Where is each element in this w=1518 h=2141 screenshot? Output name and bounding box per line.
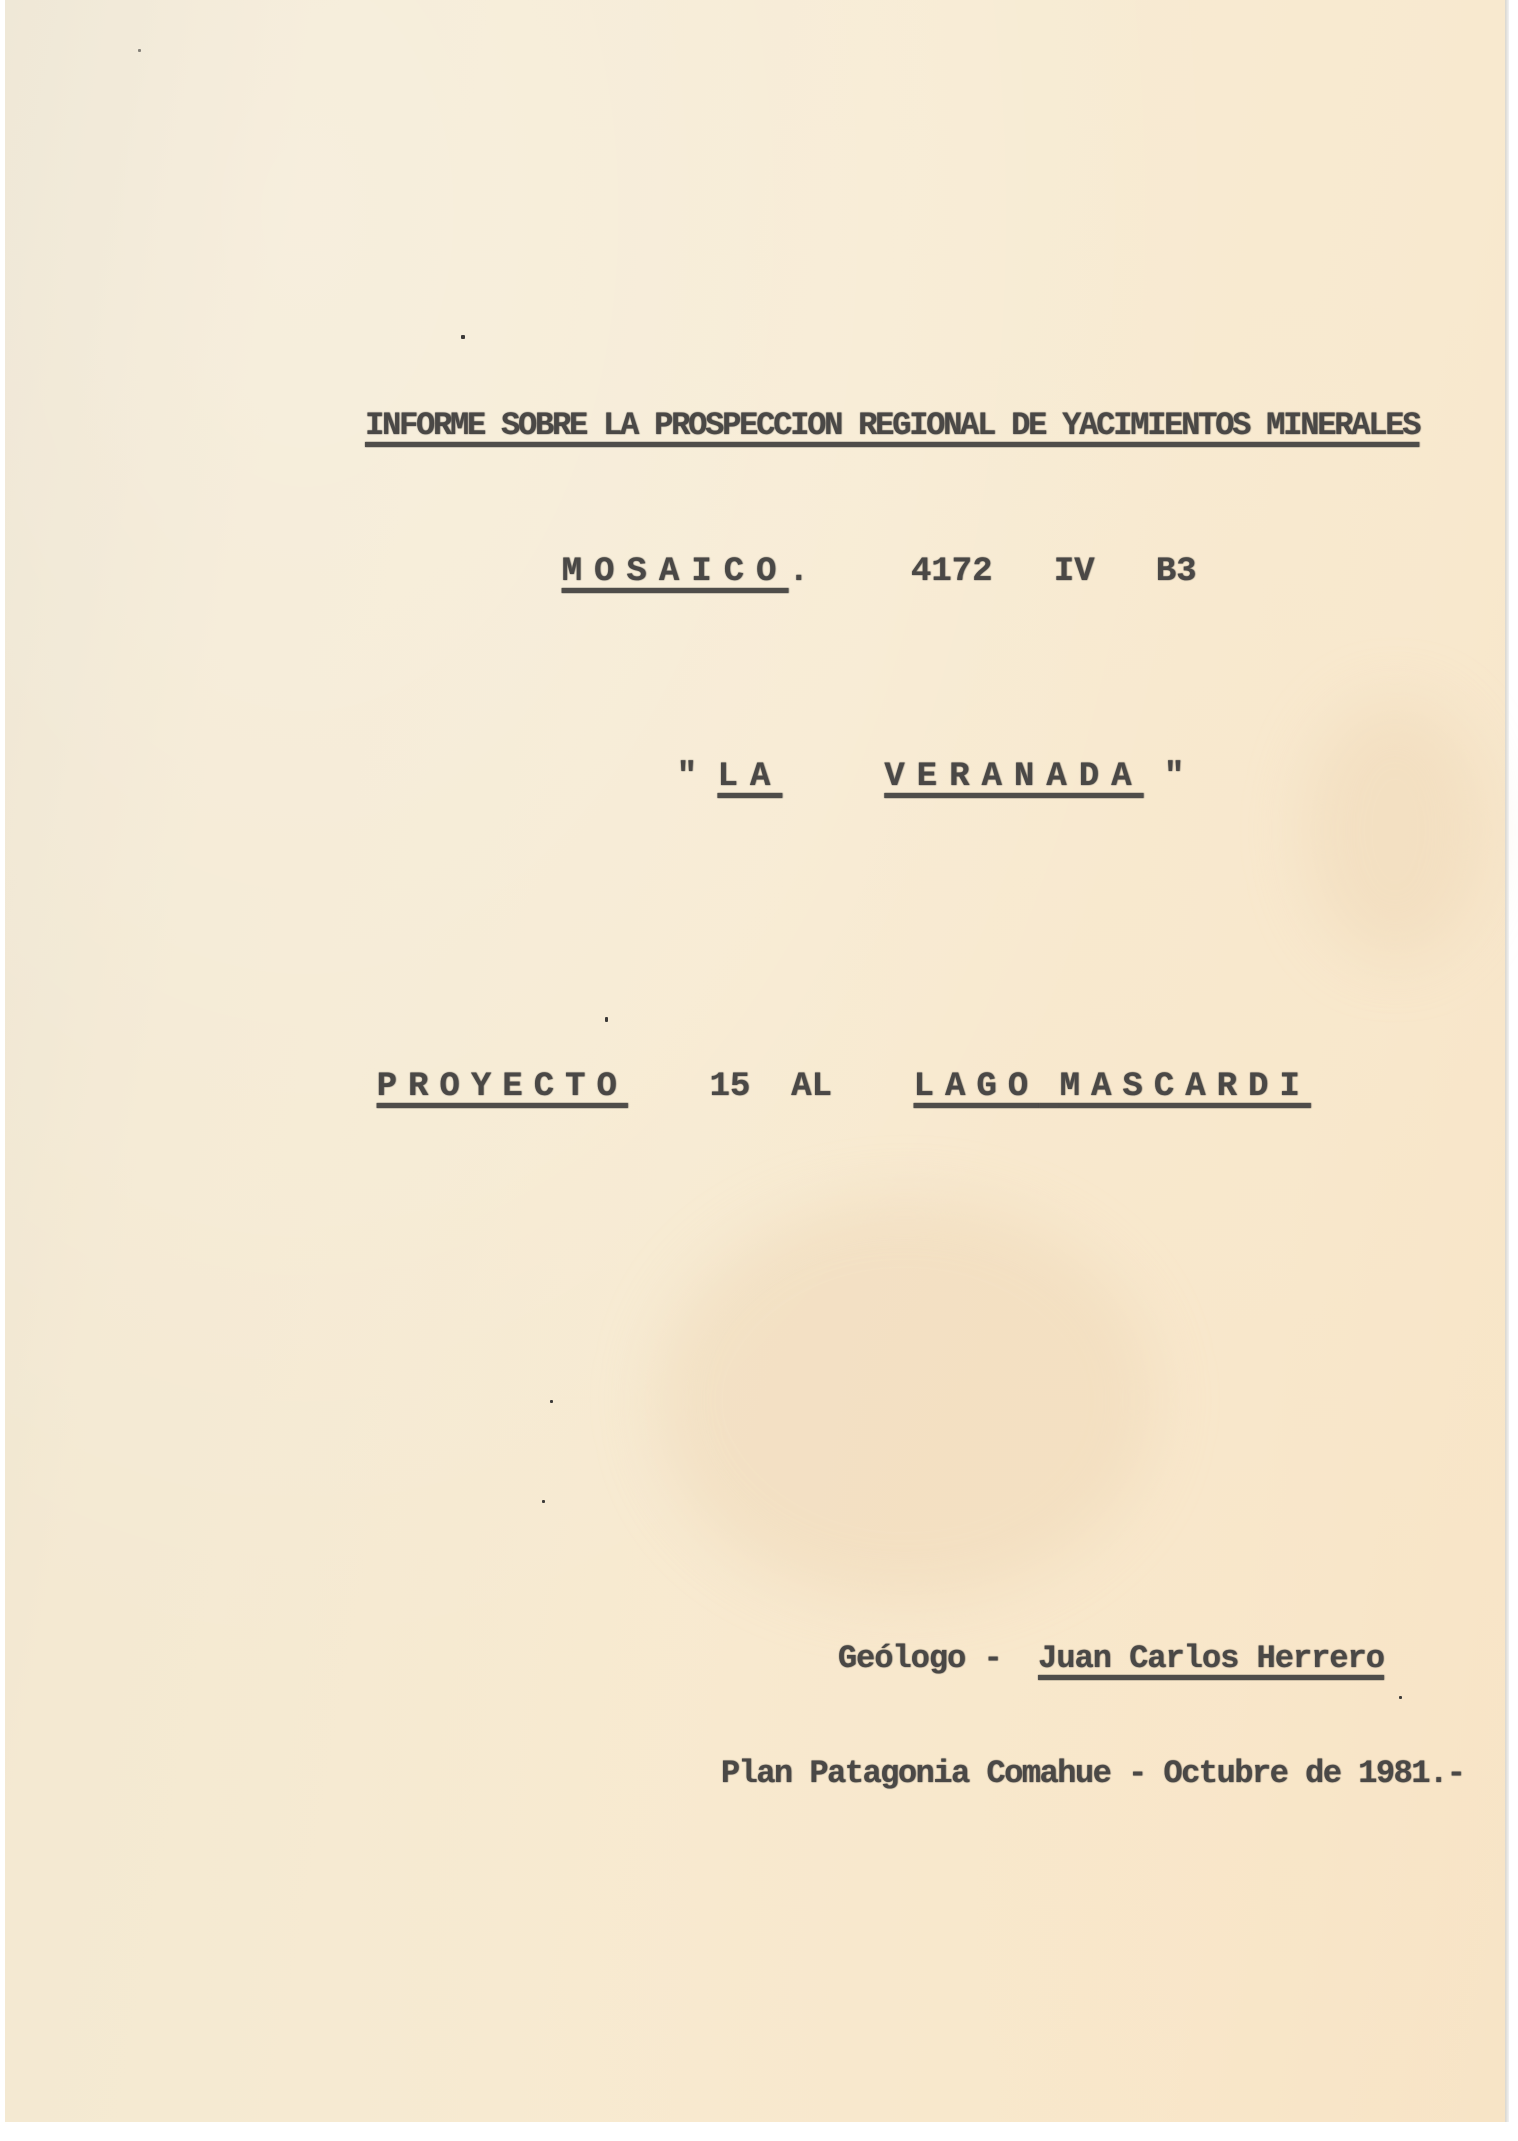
report-title: INFORME SOBRE LA PROSPECCION REGIONAL DE… [297, 370, 1419, 481]
project-connector: AL [791, 1068, 832, 1106]
paper-stain [655, 1200, 1155, 1600]
project-number: 15 [709, 1068, 750, 1106]
project-label: PROYECTO [377, 1068, 628, 1106]
ink-speck [542, 1500, 545, 1503]
place-name-line: " LA VERANADA " [595, 720, 1184, 834]
close-quote: " [1164, 758, 1184, 796]
ink-speck [605, 1017, 608, 1022]
footer-line: Plan Patagonia Comahue - Octubre de 1981… [650, 1718, 1464, 1829]
lake-word-lago: LAGO [914, 1068, 1040, 1106]
mosaic-label: MOSAICO [562, 553, 789, 591]
mosaic-roman: IV [1054, 553, 1095, 591]
mosaic-line: MOSAICO. 4172 IV B3 [480, 515, 1197, 629]
document-page: INFORME SOBRE LA PROSPECCION REGIONAL DE… [5, 0, 1505, 2122]
place-word-la: LA [717, 758, 782, 796]
ink-speck [1399, 1696, 1402, 1699]
footer-text: Plan Patagonia Comahue - Octubre de 1981… [721, 1755, 1465, 1792]
paper-stain [1305, 700, 1485, 960]
author-name: Juan Carlos Herrero [1038, 1640, 1384, 1677]
mosaic-sheet: B3 [1156, 553, 1197, 591]
ink-speck [138, 49, 141, 52]
open-quote: " [677, 758, 697, 796]
report-title-text: INFORME SOBRE LA PROSPECCION REGIONAL DE… [365, 407, 1419, 444]
ink-speck [461, 335, 465, 339]
lake-word-mascardi: MASCARDI [1060, 1068, 1311, 1106]
project-line: PROYECTO 15 AL LAGO MASCARDI [295, 1030, 1311, 1144]
author-line: Geólogo - Juan Carlos Herrero [765, 1603, 1384, 1714]
author-separator: - [983, 1640, 1001, 1677]
author-role: Geólogo [838, 1640, 965, 1677]
place-word-veranada: VERANADA [884, 758, 1143, 796]
mosaic-number: 4172 [911, 553, 993, 591]
ink-speck [550, 1400, 553, 1403]
